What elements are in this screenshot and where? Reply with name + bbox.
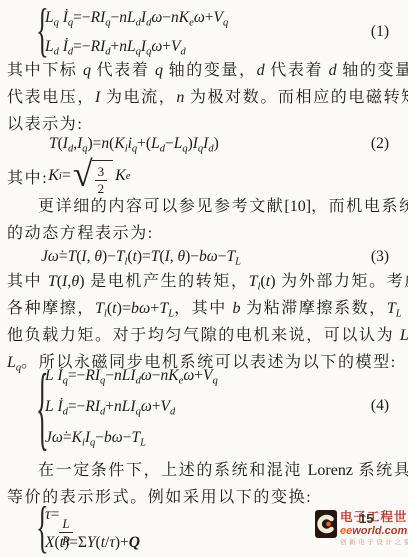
math-segment: 为极对数。而相应的电磁转矩可 [184,89,408,106]
math-segment: K [115,167,126,185]
math-segment: ，而机电系统 [311,198,408,215]
math-segment: )= [88,135,102,152]
math-segment: + [205,9,214,26]
eq-4: {L İq=−RIq−nLIdω−nKeω+VqL İd=−RId+nLIqω+… [7,360,401,453]
math-segment: b [131,300,139,317]
text-line: 在一定条件下，上述的系统和混沌 Lorenz 系统具有 [7,457,401,484]
math-segment: T [49,135,58,152]
math-segment: + [120,534,129,551]
math-segment: = [63,429,72,446]
math-segment: =− [73,38,90,55]
text-line: 的动态方程表示为: [7,220,401,247]
math-segment: Σ [78,534,87,551]
math-segment: T [95,300,104,317]
math-segment: 其中下标 [7,62,83,79]
eq-3: Jω̇=T(I, θ)−Tl(t)=T(I, θ)−bω−TL(3) [7,244,401,270]
math-segment: − [152,367,161,384]
math-segment: θ [94,248,102,265]
math-segment: ω [194,9,205,26]
watermark-text: 电子工程世界 eeworld.com.cn 创新电子设计之家 [340,510,408,557]
math-segment: =− [68,398,85,415]
math-segment: 的动态方程表示为: [7,225,154,242]
math-segment: T [48,273,57,290]
radicand: 32 [92,160,114,195]
watermark-url-rest: world.com.cn [352,525,408,537]
math-segment: 他负载力矩。对于均匀气隙的电机来说，可以认为 [7,327,400,344]
math-segment: J [45,429,52,446]
math-segment: nL [119,9,135,26]
math-segment: 代表着 [91,62,155,79]
equation-number: (1) [371,23,389,41]
math-segment: q [83,62,91,79]
math-segment: )= [117,300,131,317]
text-line: 代表电压，I 为电流，n 为极对数。而相应的电磁转矩可 [7,84,401,111]
math-segment: 为其 [402,300,408,317]
math-segment: q [223,18,228,29]
math-segment: e [126,171,131,182]
math-segment: = [51,506,60,523]
math-segment: L [45,38,54,55]
text-line: 其中: Ki=√32 Ke [7,155,401,197]
math-segment: 为外部力矩。考虑到 [276,273,408,290]
math-segment: T [159,300,168,317]
math-segment: =− [73,9,90,26]
math-segment: RI [91,9,106,26]
math-segment: + [105,398,114,415]
math-segment: L [235,257,241,268]
math-segment: 为电流， [100,89,176,106]
math-segment: J [41,248,48,265]
math-segment: L [45,367,54,384]
math-segment: [10] [284,198,311,215]
equation-line: T(Id,Iq)=n(Kiiq+(Ld−Lq)IqId) [7,131,401,157]
math-segment: + [111,38,120,55]
math-segment: T [387,300,396,317]
math-segment: = [59,248,68,265]
eq-2: T(Id,Iq)=n(Kiiq+(Ld−Lq)IqId)(2) [7,131,401,157]
math-segment: RI [85,367,100,384]
math-segment: θ [178,248,186,265]
math-segment: K [72,429,82,446]
math-segment: +( [137,135,151,152]
math-segment: 轴的变量， [337,62,408,79]
math-segment: Lorenz [308,462,353,479]
math-segment: ω [151,9,162,26]
math-segment: ，其中 [174,300,232,317]
math-segment: ω [207,248,218,265]
square-root: √32 [73,157,113,195]
math-segment: V [214,9,223,26]
equation-line: L İq=−RIq−nLIdω−nKeω+Vq [7,360,401,391]
math-segment: )= [64,534,78,551]
equation-line: Lq İq=−RIq−nLdIdω−nKeω+Vq [7,3,401,32]
math-segment: − [165,135,174,152]
math-segment: L [45,9,54,26]
math-segment: L [140,438,146,449]
math-segment: 更详细的内容可以参见参考文献 [38,198,284,215]
watermark-site-name: 电子工程世界 [340,511,408,524]
math-segment: + [150,300,159,317]
math-segment: b [199,248,207,265]
text-line: 他负载力矩。对于均匀气隙的电机来说，可以认为 Ld= [7,322,401,349]
math-segment: V [161,398,170,415]
math-segment: )− [102,248,116,265]
equation-number: (3) [371,248,389,266]
math-segment: − [111,9,120,26]
math-segment: V [171,38,180,55]
equation-line: Jω̇=T(I, θ)−Tl(t)=T(I, θ)−bω−TL [7,244,401,270]
math-segment: ω [139,300,150,317]
math-segment: 各种摩擦， [7,300,95,317]
math-segment: = [62,167,71,185]
math-segment: nK [161,367,179,384]
math-segment: 系统具有 [353,462,408,479]
math-segment: L [400,327,408,344]
math-segment: Y [87,534,96,551]
math-segment: ) [214,135,219,152]
math-segment: , [170,248,178,265]
math-segment: ω̇ [48,248,59,265]
math-segment: q [212,376,217,387]
math-segment: + [152,398,161,415]
math-segment: 其中 [7,273,48,290]
math-segment: n [101,135,109,152]
math-segment: d [170,407,175,418]
watermark-url: eeworld.com.cn [340,526,408,537]
math-segment: T [131,429,140,446]
math-segment: − [95,429,104,446]
math-segment: )− [185,248,199,265]
document-body: {Lq İq=−RIq−nLdIdω−nKeω+VqLd İd=−RId+nLq… [0,0,408,557]
math-segment: 其中: [7,165,48,188]
math-segment: d [329,62,337,79]
text-line: 各种摩擦，Tl(t)=bω+TL，其中 b 为粘滞摩擦系数，TL 为其 [7,295,401,322]
equation-line: Jω̇=KiIq−bω−TL [7,422,401,453]
math-segment: d [257,62,265,79]
math-segment: ω [141,398,152,415]
math-segment: nLI [114,398,136,415]
scanned-paper-page: {Lq İq=−RIq−nLdIdω−nKeω+VqLd İd=−RId+nLq… [0,0,408,557]
math-segment: RI [85,398,100,415]
math-segment: nLI [114,367,136,384]
math-segment: + [194,367,203,384]
math-segment: ω̇ [52,429,63,446]
para-1: 其中下标 q 代表着 q 轴的变量，d 代表着 d 轴的变量，V代表电压，I 为… [7,57,401,138]
math-segment: K [114,135,124,152]
math-segment: L [151,135,160,152]
math-segment: ω [112,429,123,446]
math-segment: nK [171,9,189,26]
math-segment: + [162,38,171,55]
math-segment: T [68,248,77,265]
math-segment: ω [151,38,162,55]
page-number: 15 [359,511,373,526]
para-3: 更详细的内容可以参见参考文献[10]，而机电系统的动态方程表示为: [7,193,401,247]
fraction: 32 [95,165,108,195]
math-segment: =− [68,367,85,384]
math-segment: 代表着 [265,62,329,79]
math-segment: ω [141,367,152,384]
math-segment: L [45,398,54,415]
equation-number: (2) [371,135,389,153]
watermark-slogan: 创新电子设计之家 [340,540,408,547]
math-segment: b [104,429,112,446]
watermark-url-prefix: ee [340,525,352,537]
fraction-numerator: 3 [95,165,108,181]
math-segment: d [181,47,186,58]
math-segment: − [105,367,114,384]
math-segment: q [155,62,163,79]
math-segment: 代表电压， [7,89,95,106]
text-line: 其中下标 q 代表着 q 轴的变量，d 代表着 d 轴的变量，V [7,57,401,84]
math-segment: 在一定条件下，上述的系统和混沌 [38,462,308,479]
math-segment: ω [183,367,194,384]
eq-1: {Lq İq=−RIq−nLdIdω−nKeω+VqLd İd=−RId+nLq… [7,3,401,61]
text-line: 其中 T(I,θ) 是电机产生的转矩，Tl(t) 为外部力矩。考虑到 [7,268,401,295]
math-segment: T [226,248,235,265]
math-segment: 为粘滞摩擦系数， [240,300,386,317]
para-2: 其中: Ki=√32 Ke [7,155,401,197]
math-segment: 轴的变量， [163,62,257,79]
math-segment: nL [119,38,135,55]
math-segment: − [162,9,171,26]
equation-line: L İd=−RId+nLIqω+Vd [7,391,401,422]
text-line: 更详细的内容可以参见参考文献[10]，而机电系统 [7,193,401,220]
math-segment: 是电机产生的转矩， [85,273,249,290]
math-segment: K [48,167,59,185]
math-segment: RI [91,38,106,55]
math-segment: )= [137,248,151,265]
equation-number: (4) [371,397,389,415]
eeworld-logo-icon [315,510,337,538]
radical-sign: √ [73,157,93,191]
math-segment: Q [129,534,140,551]
